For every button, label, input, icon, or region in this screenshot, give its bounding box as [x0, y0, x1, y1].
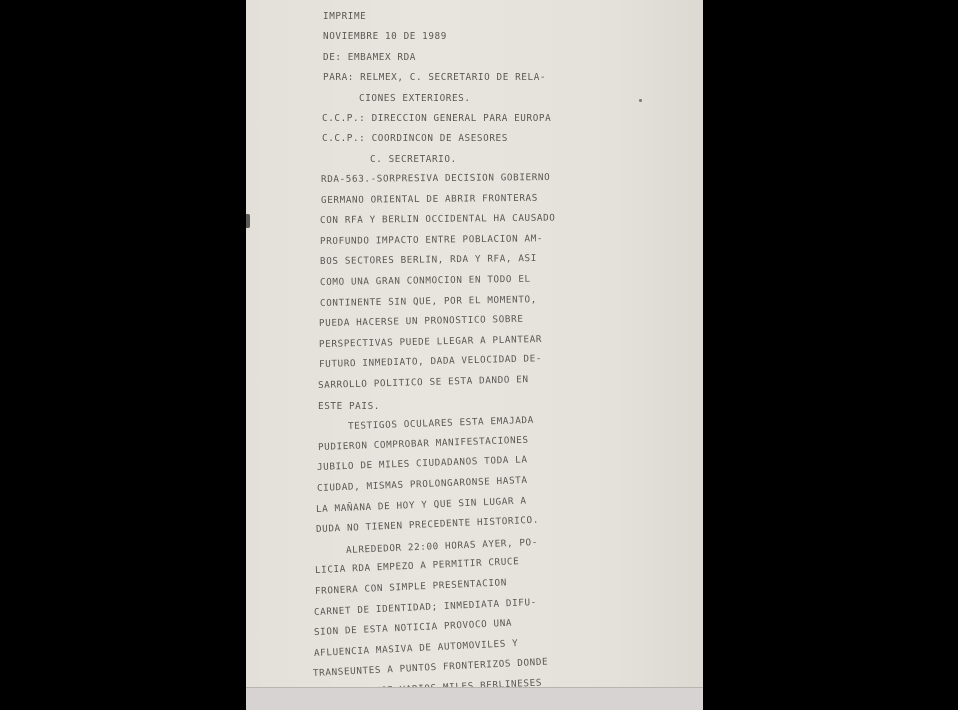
doc-body-line: TRANSEUNTES A PUNTOS FRONTERIZOS DONDE: [313, 657, 549, 679]
doc-body-line: AFLUENCIA MASIVA DE AUTOMOVILES Y: [314, 638, 519, 659]
doc-body-line: JUBILO DE MILES CIUDADANOS TODA LA: [317, 455, 528, 474]
paper-bottom-edge: [246, 687, 703, 710]
margin-mark: [246, 214, 250, 228]
doc-body-line: ESTE PAIS.: [318, 401, 380, 412]
doc-to-cont: CIONES EXTERIORES.: [359, 93, 471, 104]
doc-body-line: PERSPECTIVAS PUEDE LLEGAR A PLANTEAR: [319, 334, 542, 350]
doc-body-line: DUDA NO TIENEN PRECEDENTE HISTORICO.: [316, 515, 539, 535]
doc-body-line: TESTIGOS OCULARES ESTA EMAJADA: [348, 415, 534, 432]
doc-body-line: LICIA RDA EMPEZO A PERMITIR CRUCE: [315, 556, 520, 576]
doc-body-line: PUDIERON COMPROBAR MANIFESTACIONES: [318, 434, 529, 452]
doc-body-line: PUEDA HACERSE UN PRONOSTICO SOBRE: [319, 314, 524, 329]
doc-ccp-3: C. SECRETARIO.: [370, 154, 457, 165]
doc-body-line: ALREDEDOR 22:00 HORAS AYER, PO-: [346, 537, 538, 556]
typewritten-page: IMPRIME NOVIEMBRE 10 DE 1989 DE: EMBAMEX…: [246, 0, 703, 710]
doc-body-line: SARROLLO POLITICO SE ESTA DANDO EN: [318, 374, 529, 391]
doc-body-line: CONTINENTE SIN QUE, POR EL MOMENTO,: [320, 294, 537, 309]
doc-to: PARA: RELMEX, C. SECRETARIO DE RELA-: [323, 72, 546, 83]
doc-body-line: BOS SECTORES BERLIN, RDA Y RFA, ASI: [320, 253, 537, 267]
doc-body-line: RDA-563.-SORPRESIVA DECISION GOBIERNO: [321, 172, 550, 185]
doc-body-line: GERMANO ORIENTAL DE ABRIR FRONTERAS: [321, 192, 538, 205]
doc-body-line: FRONERA CON SIMPLE PRESENTACION: [315, 577, 507, 597]
doc-body-line: CIUDAD, MISMAS PROLONGARONSE HASTA: [317, 475, 528, 494]
doc-body-line: CARNET DE IDENTIDAD; INMEDIATA DIFU-: [314, 596, 537, 617]
paper-speck: [639, 99, 642, 102]
doc-date: NOVIEMBRE 10 DE 1989: [323, 31, 447, 42]
doc-ccp-2: C.C.P.: COORDINCON DE ASESORES: [322, 133, 508, 144]
doc-body-line: LA MAÑANA DE HOY Y QUE SIN LUGAR A: [316, 495, 527, 514]
doc-body-line: FUTURO INMEDIATO, DADA VELOCIDAD DE-: [319, 354, 542, 371]
doc-from: DE: EMBAMEX RDA: [323, 52, 416, 63]
doc-body-line: CON RFA Y BERLIN OCCIDENTAL HA CAUSADO: [320, 213, 556, 226]
doc-body-line: COMO UNA GRAN CONMOCION EN TODO EL: [320, 274, 531, 288]
doc-type: IMPRIME: [323, 11, 366, 22]
doc-body-line: SION DE ESTA NOTICIA PROVOCO UNA: [314, 618, 513, 638]
doc-ccp-1: C.C.P.: DIRECCION GENERAL PARA EUROPA: [322, 113, 551, 124]
doc-body-line: PROFUNDO IMPACTO ENTRE POBLACION AM-: [320, 233, 543, 247]
